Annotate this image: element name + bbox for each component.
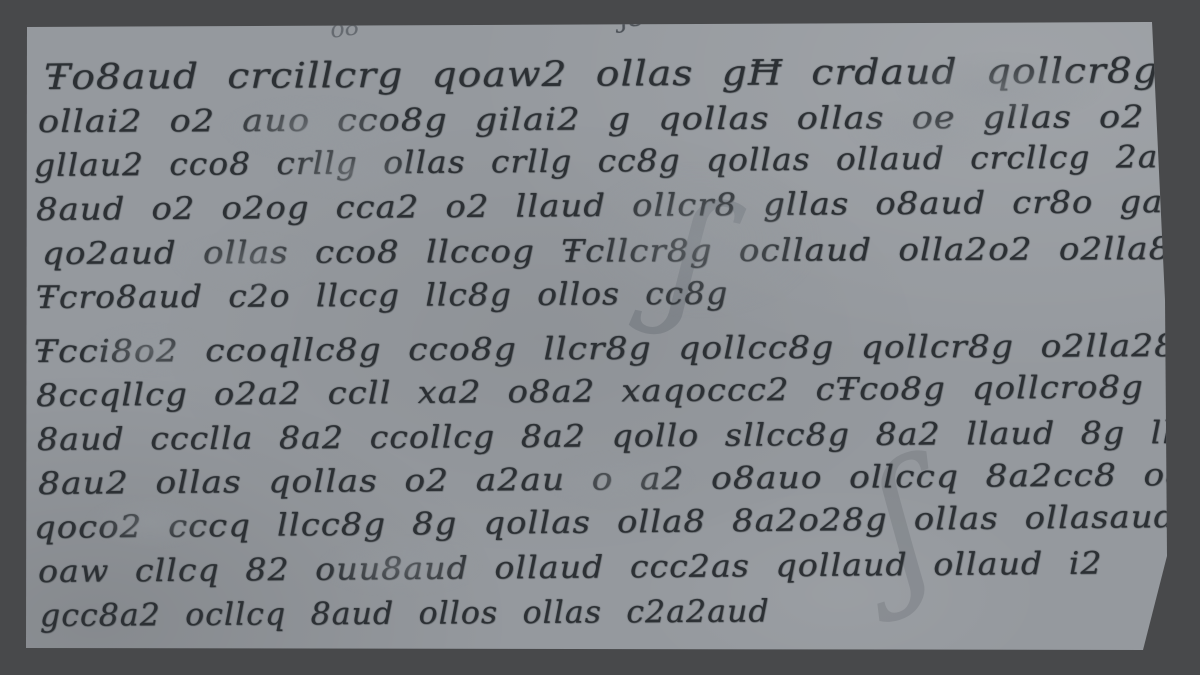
manuscript-line: 8aud o2 o2og cca2 o2 llaud ollcr8 gllas … [36,179,1200,232]
manuscript-scan: ʃ ʃ Ŧo8aud crcillcrg qoaw2 ollas gĦ crda… [0,0,1200,675]
flourish-mark: ʃ8 [619,0,647,34]
paragraph-1: Ŧo8aud crcillcrg qoaw2 ollas gĦ crdaud q… [34,56,1174,320]
manuscript-line: 8ccqllcg o2a2 ccll xa2 o8a2 xaqoccc2 cŦc… [36,364,1200,418]
text-block: Ŧo8aud crcillcrg qoaw2 ollas gĦ crdaud q… [34,56,1174,638]
paragraph-2: Ŧcci8o2 ccoqllc8g cco8g llcr8g qollcc8g … [34,330,1174,638]
manuscript-line: Ŧcro8aud c2o llccg llc8g ollos cc8g [36,269,1200,320]
manuscript-line: gllau2 cco8 crllg ollas crllg cc8g qolla… [34,135,1200,188]
manuscript-line: qo2aud ollas cco8 llccog Ŧcllcr8g ocllau… [42,227,1200,276]
manuscript-line: gcc8a2 ocllcq 8aud ollos ollas c2a2aud [40,587,1197,638]
flourish-mark: o8 [328,12,361,44]
parchment-page: ʃ ʃ Ŧo8aud crcillcrg qoaw2 ollas gĦ crda… [0,0,1200,675]
manuscript-line: oaw cllcq 82 ouu8aud ollaud ccc2as qolla… [38,540,1200,594]
manuscript-line: Ŧo8aud crcillcrg qoaw2 ollas gĦ crdaud q… [44,48,1200,100]
